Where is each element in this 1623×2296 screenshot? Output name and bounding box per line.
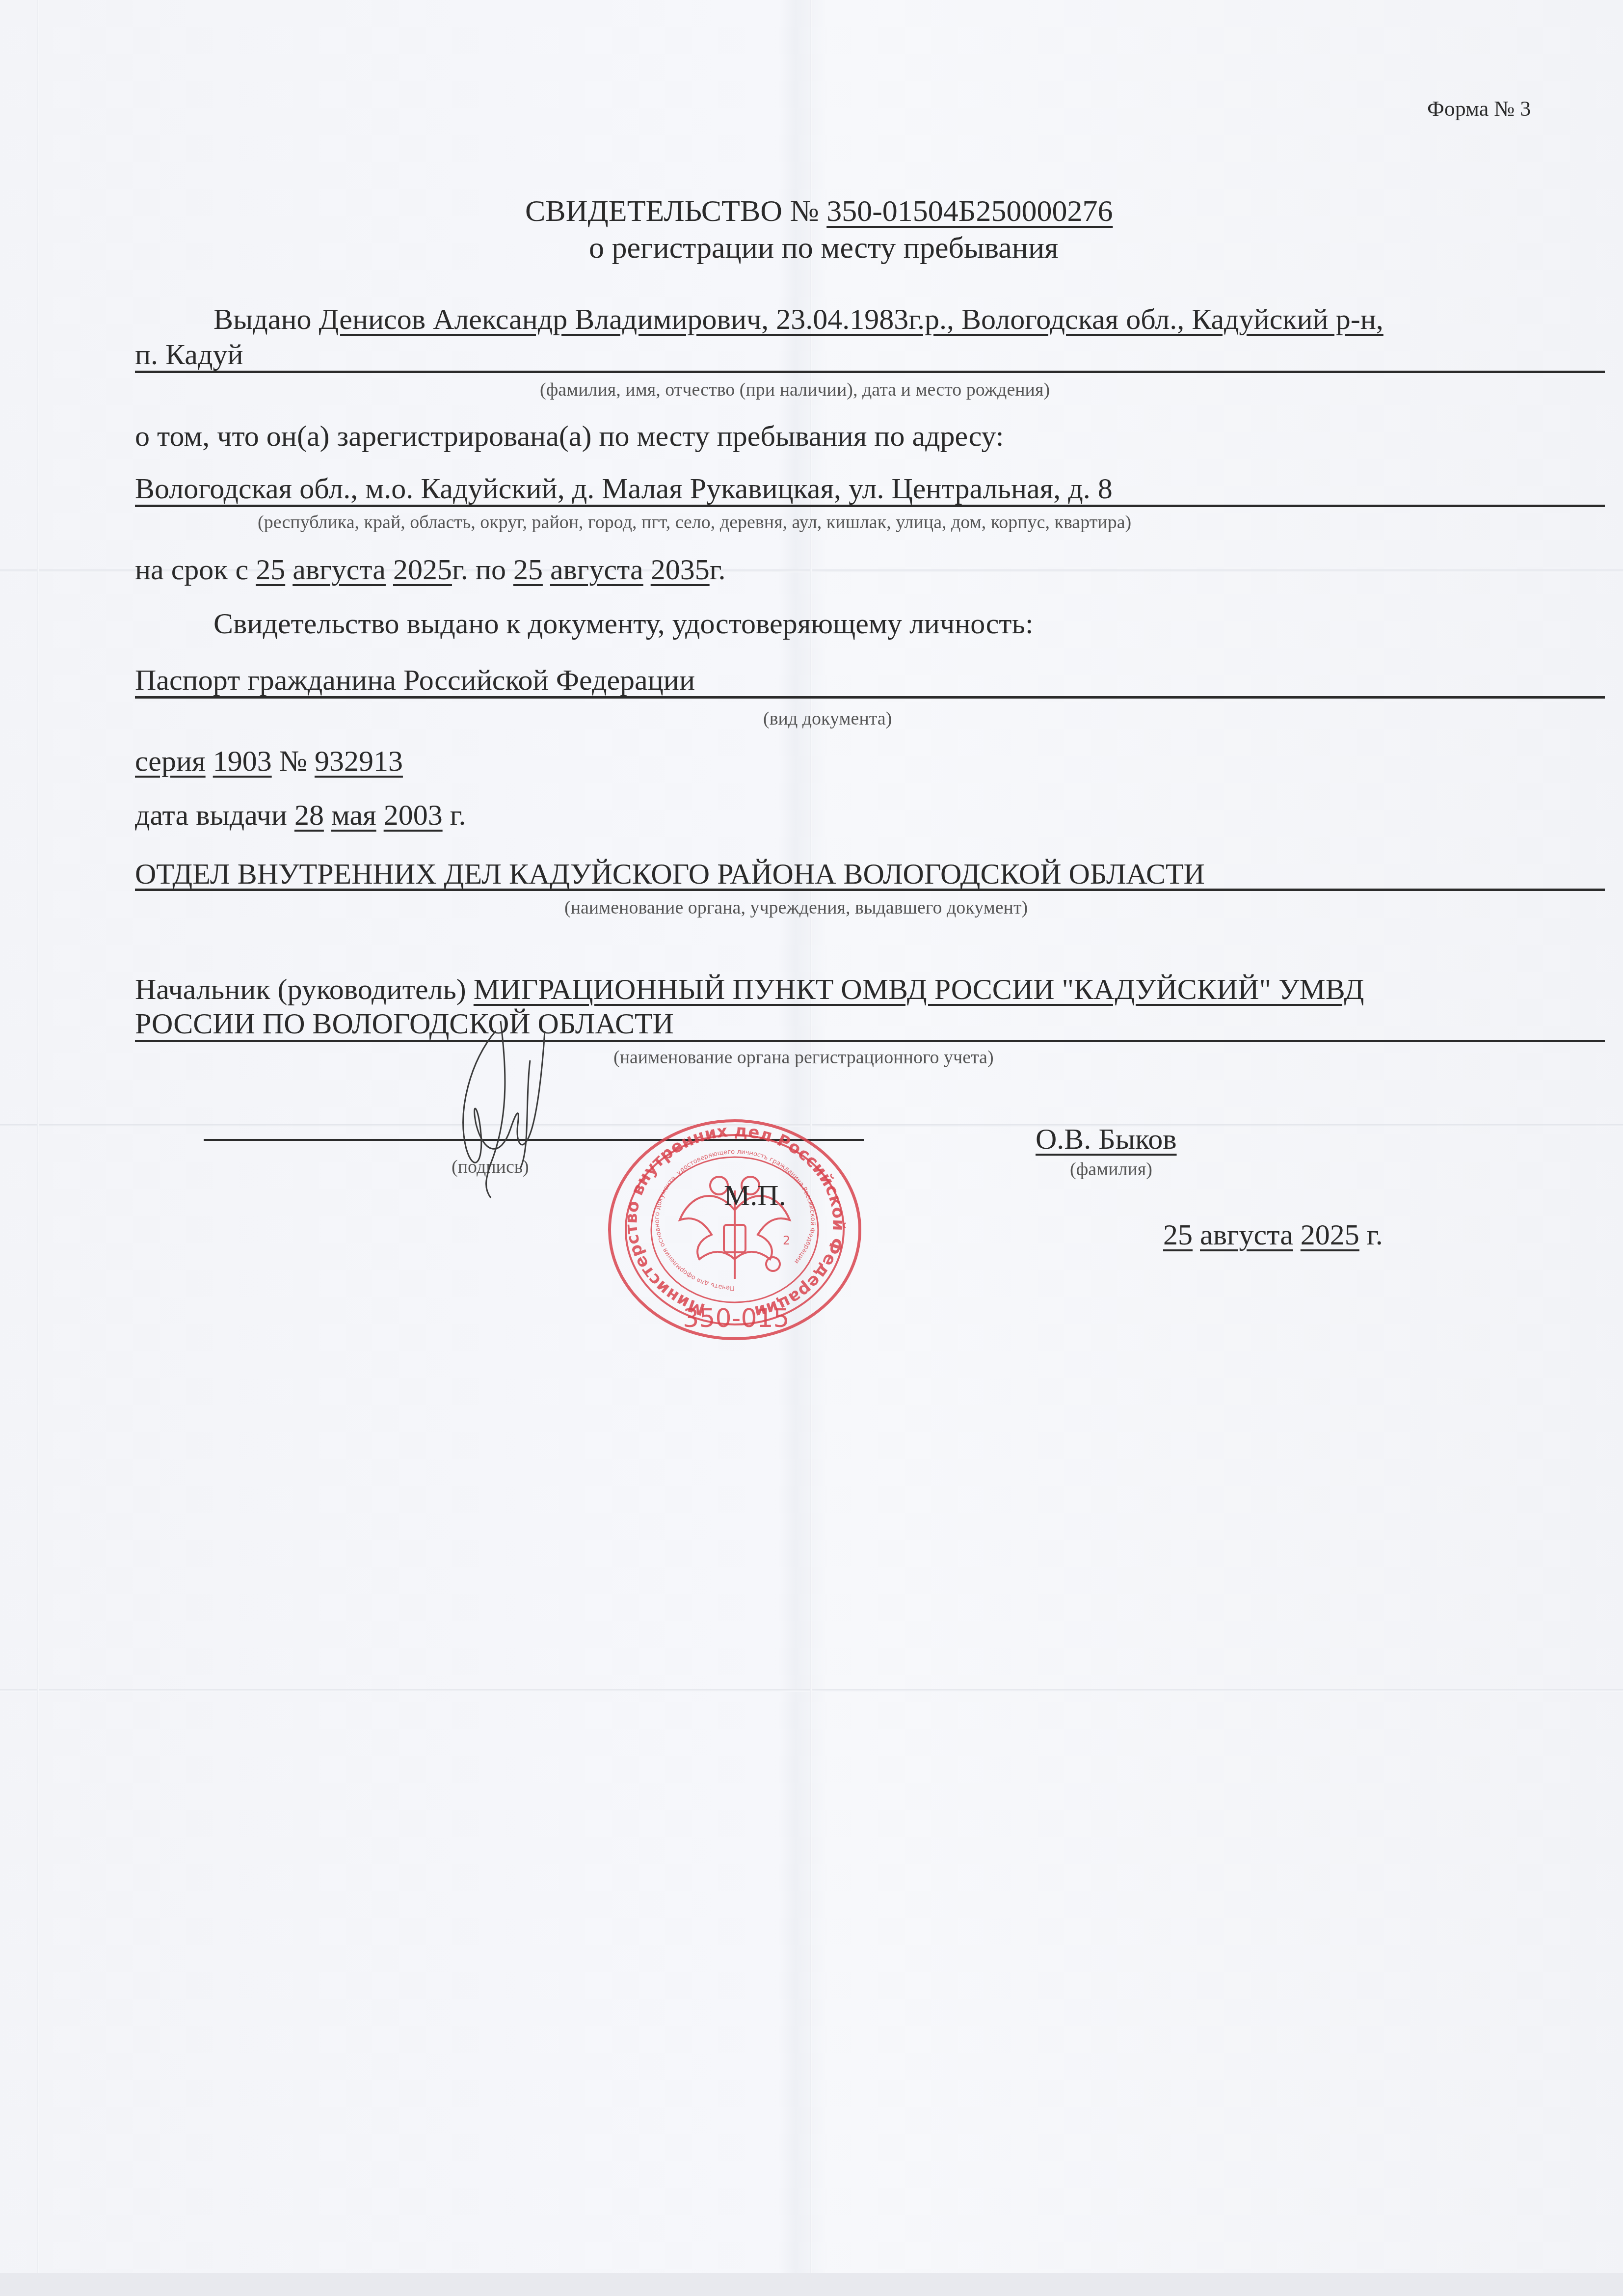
certificate-subtitle: о регистрации по месту пребывания	[589, 231, 1059, 266]
head-label: Начальник (руководитель)	[135, 973, 466, 1005]
period-suffix: г.	[710, 553, 726, 586]
sign-date-suffix: г.	[1367, 1218, 1383, 1251]
registration-period: на срок с 25 августа 2025г. по 25 август…	[135, 555, 726, 584]
official-name: О.В. Быков	[1036, 1124, 1177, 1154]
period-from-year: 2025	[393, 553, 452, 586]
underline-rule	[135, 889, 1605, 891]
registered-statement: о том, что он(а) зарегистрирована(а) по …	[135, 421, 1004, 451]
sign-date-day: 25	[1163, 1218, 1193, 1251]
issue-date-year: 2003	[384, 799, 443, 831]
id-doc-type: Паспорт гражданина Российской Федерации	[135, 665, 695, 695]
issue-date-suffix: г.	[450, 799, 466, 831]
issued-to-line1: Выдано Денисов Александр Владимирович, 2…	[213, 304, 1384, 334]
series-label: серия	[135, 745, 206, 777]
issue-date-label: дата выдачи	[135, 799, 287, 831]
stamp-code: 350-015	[683, 1304, 789, 1333]
number-label: №	[279, 745, 307, 777]
period-from-month: августа	[293, 553, 386, 586]
sign-date: 25 августа 2025 г.	[1163, 1220, 1383, 1249]
underline-rule	[135, 371, 1605, 373]
official-stamp: Министерство внутренних дел Российской Ф…	[606, 1117, 864, 1343]
registration-authority-line2: РОССИИ ПО ВОЛОГОДСКОЙ ОБЛАСТИ	[135, 1009, 674, 1038]
form-number: Форма № 3	[1427, 96, 1531, 121]
issuing-authority: ОТДЕЛ ВНУТРЕННИХ ДЕЛ КАДУЙСКОГО РАЙОНА В…	[135, 859, 1205, 889]
period-to-day: 25	[513, 553, 543, 586]
registration-authority-value: МИГРАЦИОННЫЙ ПУНКТ ОМВД РОССИИ "КАДУЙСКИ…	[474, 973, 1364, 1005]
underline-rule	[135, 505, 1605, 507]
address: Вологодская обл., м.о. Кадуйский, д. Мал…	[135, 474, 1113, 503]
id-doc-type-caption: (вид документа)	[763, 709, 892, 728]
official-name-value: О.В. Быков	[1036, 1123, 1177, 1155]
period-mid: г. по	[452, 553, 506, 586]
period-to-month: августа	[550, 553, 643, 586]
id-doc-issue-date: дата выдачи 28 мая 2003 г.	[135, 800, 466, 830]
issue-date-month: мая	[331, 799, 376, 831]
sign-date-month: августа	[1200, 1218, 1293, 1251]
period-prefix: на срок с	[135, 553, 248, 586]
id-doc-statement: Свидетельство выдано к документу, удосто…	[213, 609, 1034, 638]
title-prefix: СВИДЕТЕЛЬСТВО №	[525, 194, 819, 228]
address-caption: (республика, край, область, округ, район…	[258, 513, 1131, 532]
page-edge	[37, 0, 39, 2296]
official-name-caption: (фамилия)	[1070, 1160, 1152, 1179]
underline-rule	[135, 1040, 1605, 1042]
seal-label: М.П.	[724, 1181, 786, 1210]
issued-to-label: Выдано	[213, 303, 312, 335]
certificate-title: СВИДЕТЕЛЬСТВО № 350-01504Б250000276	[525, 194, 1113, 229]
signature-icon	[437, 1001, 589, 1208]
period-to-year: 2035	[651, 553, 710, 586]
issue-date-day: 28	[294, 799, 324, 831]
period-from-day: 25	[256, 553, 285, 586]
sign-date-year: 2025	[1301, 1218, 1359, 1251]
stamp-number: 2	[783, 1234, 790, 1247]
document-page: Форма № 3 СВИДЕТЕЛЬСТВО № 350-01504Б2500…	[0, 0, 1623, 2296]
issued-to-line2: п. Кадуй	[135, 340, 243, 369]
number-value: 932913	[315, 745, 403, 777]
certificate-number: 350-01504Б250000276	[826, 194, 1113, 228]
registration-authority-line1: Начальник (руководитель) МИГРАЦИОННЫЙ ПУ…	[135, 974, 1364, 1004]
underline-rule	[135, 696, 1605, 699]
issued-to-caption: (фамилия, имя, отчество (при наличии), д…	[540, 380, 1050, 399]
issued-to-value: Денисов Александр Владимирович, 23.04.19…	[319, 303, 1384, 335]
issuing-authority-caption: (наименование органа, учреждения, выдавш…	[564, 898, 1028, 917]
registration-authority-caption: (наименование органа регистрационного уч…	[613, 1048, 994, 1067]
id-doc-series-number: серия 1903 № 932913	[135, 746, 403, 776]
scan-bottom-edge	[0, 2273, 1623, 2296]
series-value: 1903	[213, 745, 272, 777]
